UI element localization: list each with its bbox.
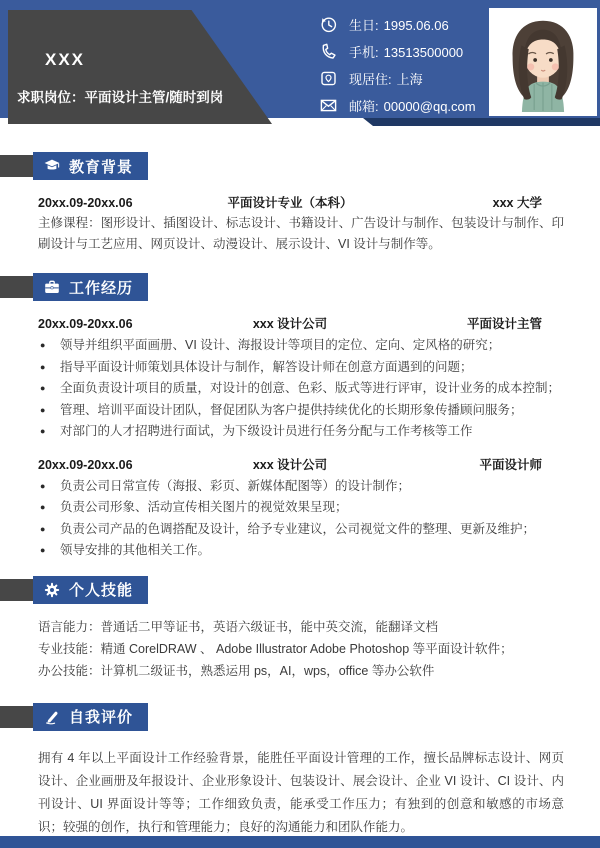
job-period: 20xx.09-20xx.06: [38, 317, 203, 331]
section-header-work: 工作经历: [0, 273, 600, 301]
mail-icon: [318, 96, 338, 116]
skill-item: 语言能力：普通话二甲等证书，英语六级证书，能中英交流，能翻译文档: [38, 616, 564, 638]
skill-item: 办公技能：计算机二级证书，熟悉运用 ps，AI，wps，office 等办公软件: [38, 660, 564, 682]
job-company: xxx 设计公司: [203, 314, 377, 332]
job-objective: 求职岗位：平面设计主管/随时到岗: [17, 86, 223, 106]
section-badge: 工作经历: [33, 273, 148, 301]
contact-text: 生日:1995.06.06: [349, 15, 449, 34]
job-duty-item: 管理、培训平面设计团队，督促团队为客户提供持续优化的长期形象传播顾问服务；: [38, 400, 564, 422]
job-duty-item: 负责公司日常宣传（海报、彩页、新媒体配图等）的设计制作；: [38, 476, 564, 498]
skill-list: 语言能力：普通话二甲等证书，英语六级证书，能中英交流，能翻译文档 专业技能：精通…: [38, 616, 564, 682]
footer-accent-bar: [0, 836, 600, 848]
avatar-illustration: [492, 11, 594, 113]
briefcase-icon: [44, 279, 60, 295]
skill-item: 专业技能：精通 CorelDRAW 、 Adobe Illustrator Ad…: [38, 638, 564, 660]
contact-row-location: 现居住:上海: [318, 65, 476, 92]
job-company: xxx 设计公司: [203, 455, 377, 473]
education-period: 20xx.09-20xx.06: [38, 196, 203, 210]
section-accent-bar: [0, 155, 36, 177]
evaluation-block: 拥有 4 年以上平面设计工作经验背景，能胜任平面设计管理的工作，擅长品牌标志设计…: [0, 747, 600, 839]
education-major: 平面设计专业（本科）: [203, 193, 377, 211]
job-duty-list: 负责公司日常宣传（海报、彩页、新媒体配图等）的设计制作； 负责公司形象、活动宣传…: [38, 476, 564, 562]
job-duty-item: 负责公司产品的色调搭配及设计，给予专业建议，公司视觉文件的整理、更新及维护；: [38, 519, 564, 541]
education-courses: 主修课程：图形设计、插图设计、标志设计、书籍设计、广告设计与制作、包装设计与制作…: [38, 213, 564, 255]
section-title: 个人技能: [69, 579, 133, 600]
resume-body: 教育背景 20xx.09-20xx.06 平面设计专业（本科） xxx 大学 主…: [0, 152, 600, 839]
job-duty-item: 负责公司形象、活动宣传相关图片的视觉效果呈现；: [38, 497, 564, 519]
location-map-icon: [318, 69, 338, 89]
section-header-education: 教育背景: [0, 152, 600, 180]
section-badge: 自我评价: [33, 703, 148, 731]
skills-block: 语言能力：普通话二甲等证书，英语六级证书，能中英交流，能翻译文档 专业技能：精通…: [0, 616, 600, 682]
section-accent-bar: [0, 579, 36, 601]
job-duty-item: 全面负责设计项目的质量，对设计的创意、色彩、版式等进行评审，设计业务的成本控制；: [38, 378, 564, 400]
header-banner: XXX 求职岗位：平面设计主管/随时到岗 生日:1995.06.06: [0, 0, 600, 118]
evaluation-text: 拥有 4 年以上平面设计工作经验背景，能胜任平面设计管理的工作，擅长品牌标志设计…: [38, 747, 564, 839]
section-title: 教育背景: [69, 156, 133, 177]
header-shadow-strip: [363, 118, 600, 126]
job-entry-1: 20xx.09-20xx.06 xxx 设计公司 平面设计主管 领导并组织平面画…: [38, 314, 564, 443]
contact-row-email: 邮箱:00000@qq.com: [318, 92, 476, 119]
gear-icon: [44, 582, 60, 598]
candidate-name: XXX: [45, 50, 85, 70]
graduation-cap-icon: [44, 158, 60, 174]
contact-row-birthday: 生日:1995.06.06: [318, 11, 476, 38]
section-title: 工作经历: [69, 277, 133, 298]
section-header-evaluation: 自我评价: [0, 703, 600, 731]
profile-photo: [489, 8, 597, 116]
job-duty-item: 指导平面设计师策划具体设计与制作，解答设计师在创意方面遇到的问题；: [38, 357, 564, 379]
section-title: 自我评价: [69, 706, 133, 727]
birthday-clock-icon: [318, 15, 338, 35]
education-school: xxx 大学: [377, 193, 542, 211]
education-meta-row: 20xx.09-20xx.06 平面设计专业（本科） xxx 大学: [38, 193, 564, 211]
contact-row-phone: 手机:13513500000: [318, 38, 476, 65]
education-block: 20xx.09-20xx.06 平面设计专业（本科） xxx 大学 主修课程：图…: [0, 193, 600, 255]
job-duty-list: 领导并组织平面画册、VI 设计、海报设计等项目的定位、定向、定风格的研究； 指导…: [38, 335, 564, 443]
section-header-skills: 个人技能: [0, 576, 600, 604]
section-badge: 个人技能: [33, 576, 148, 604]
job-duty-item: 领导安排的其他相关工作。: [38, 540, 564, 562]
section-badge: 教育背景: [33, 152, 148, 180]
phone-icon: [318, 42, 338, 62]
pen-icon: [44, 709, 60, 725]
contact-text: 现居住:上海: [349, 69, 423, 88]
contact-text: 邮箱:00000@qq.com: [349, 96, 476, 115]
job-duty-item: 对部门的人才招聘进行面试，为下级设计员进行任务分配与工作考核等工作: [38, 421, 564, 443]
job-entry-2: 20xx.09-20xx.06 xxx 设计公司 平面设计师 负责公司日常宣传（…: [38, 455, 564, 562]
job-duty-item: 领导并组织平面画册、VI 设计、海报设计等项目的定位、定向、定风格的研究；: [38, 335, 564, 357]
contact-list: 生日:1995.06.06 手机:13513500000 现居住:上海: [318, 11, 476, 119]
section-accent-bar: [0, 706, 36, 728]
section-accent-bar: [0, 276, 36, 298]
job-meta-row: 20xx.09-20xx.06 xxx 设计公司 平面设计主管: [38, 314, 564, 332]
job-period: 20xx.09-20xx.06: [38, 458, 203, 472]
job-role: 平面设计主管: [377, 314, 542, 332]
work-block: 20xx.09-20xx.06 xxx 设计公司 平面设计主管 领导并组织平面画…: [0, 314, 600, 562]
resume-page: XXX 求职岗位：平面设计主管/随时到岗 生日:1995.06.06: [0, 0, 600, 848]
job-meta-row: 20xx.09-20xx.06 xxx 设计公司 平面设计师: [38, 455, 564, 473]
job-role: 平面设计师: [377, 455, 542, 473]
contact-text: 手机:13513500000: [349, 42, 463, 61]
